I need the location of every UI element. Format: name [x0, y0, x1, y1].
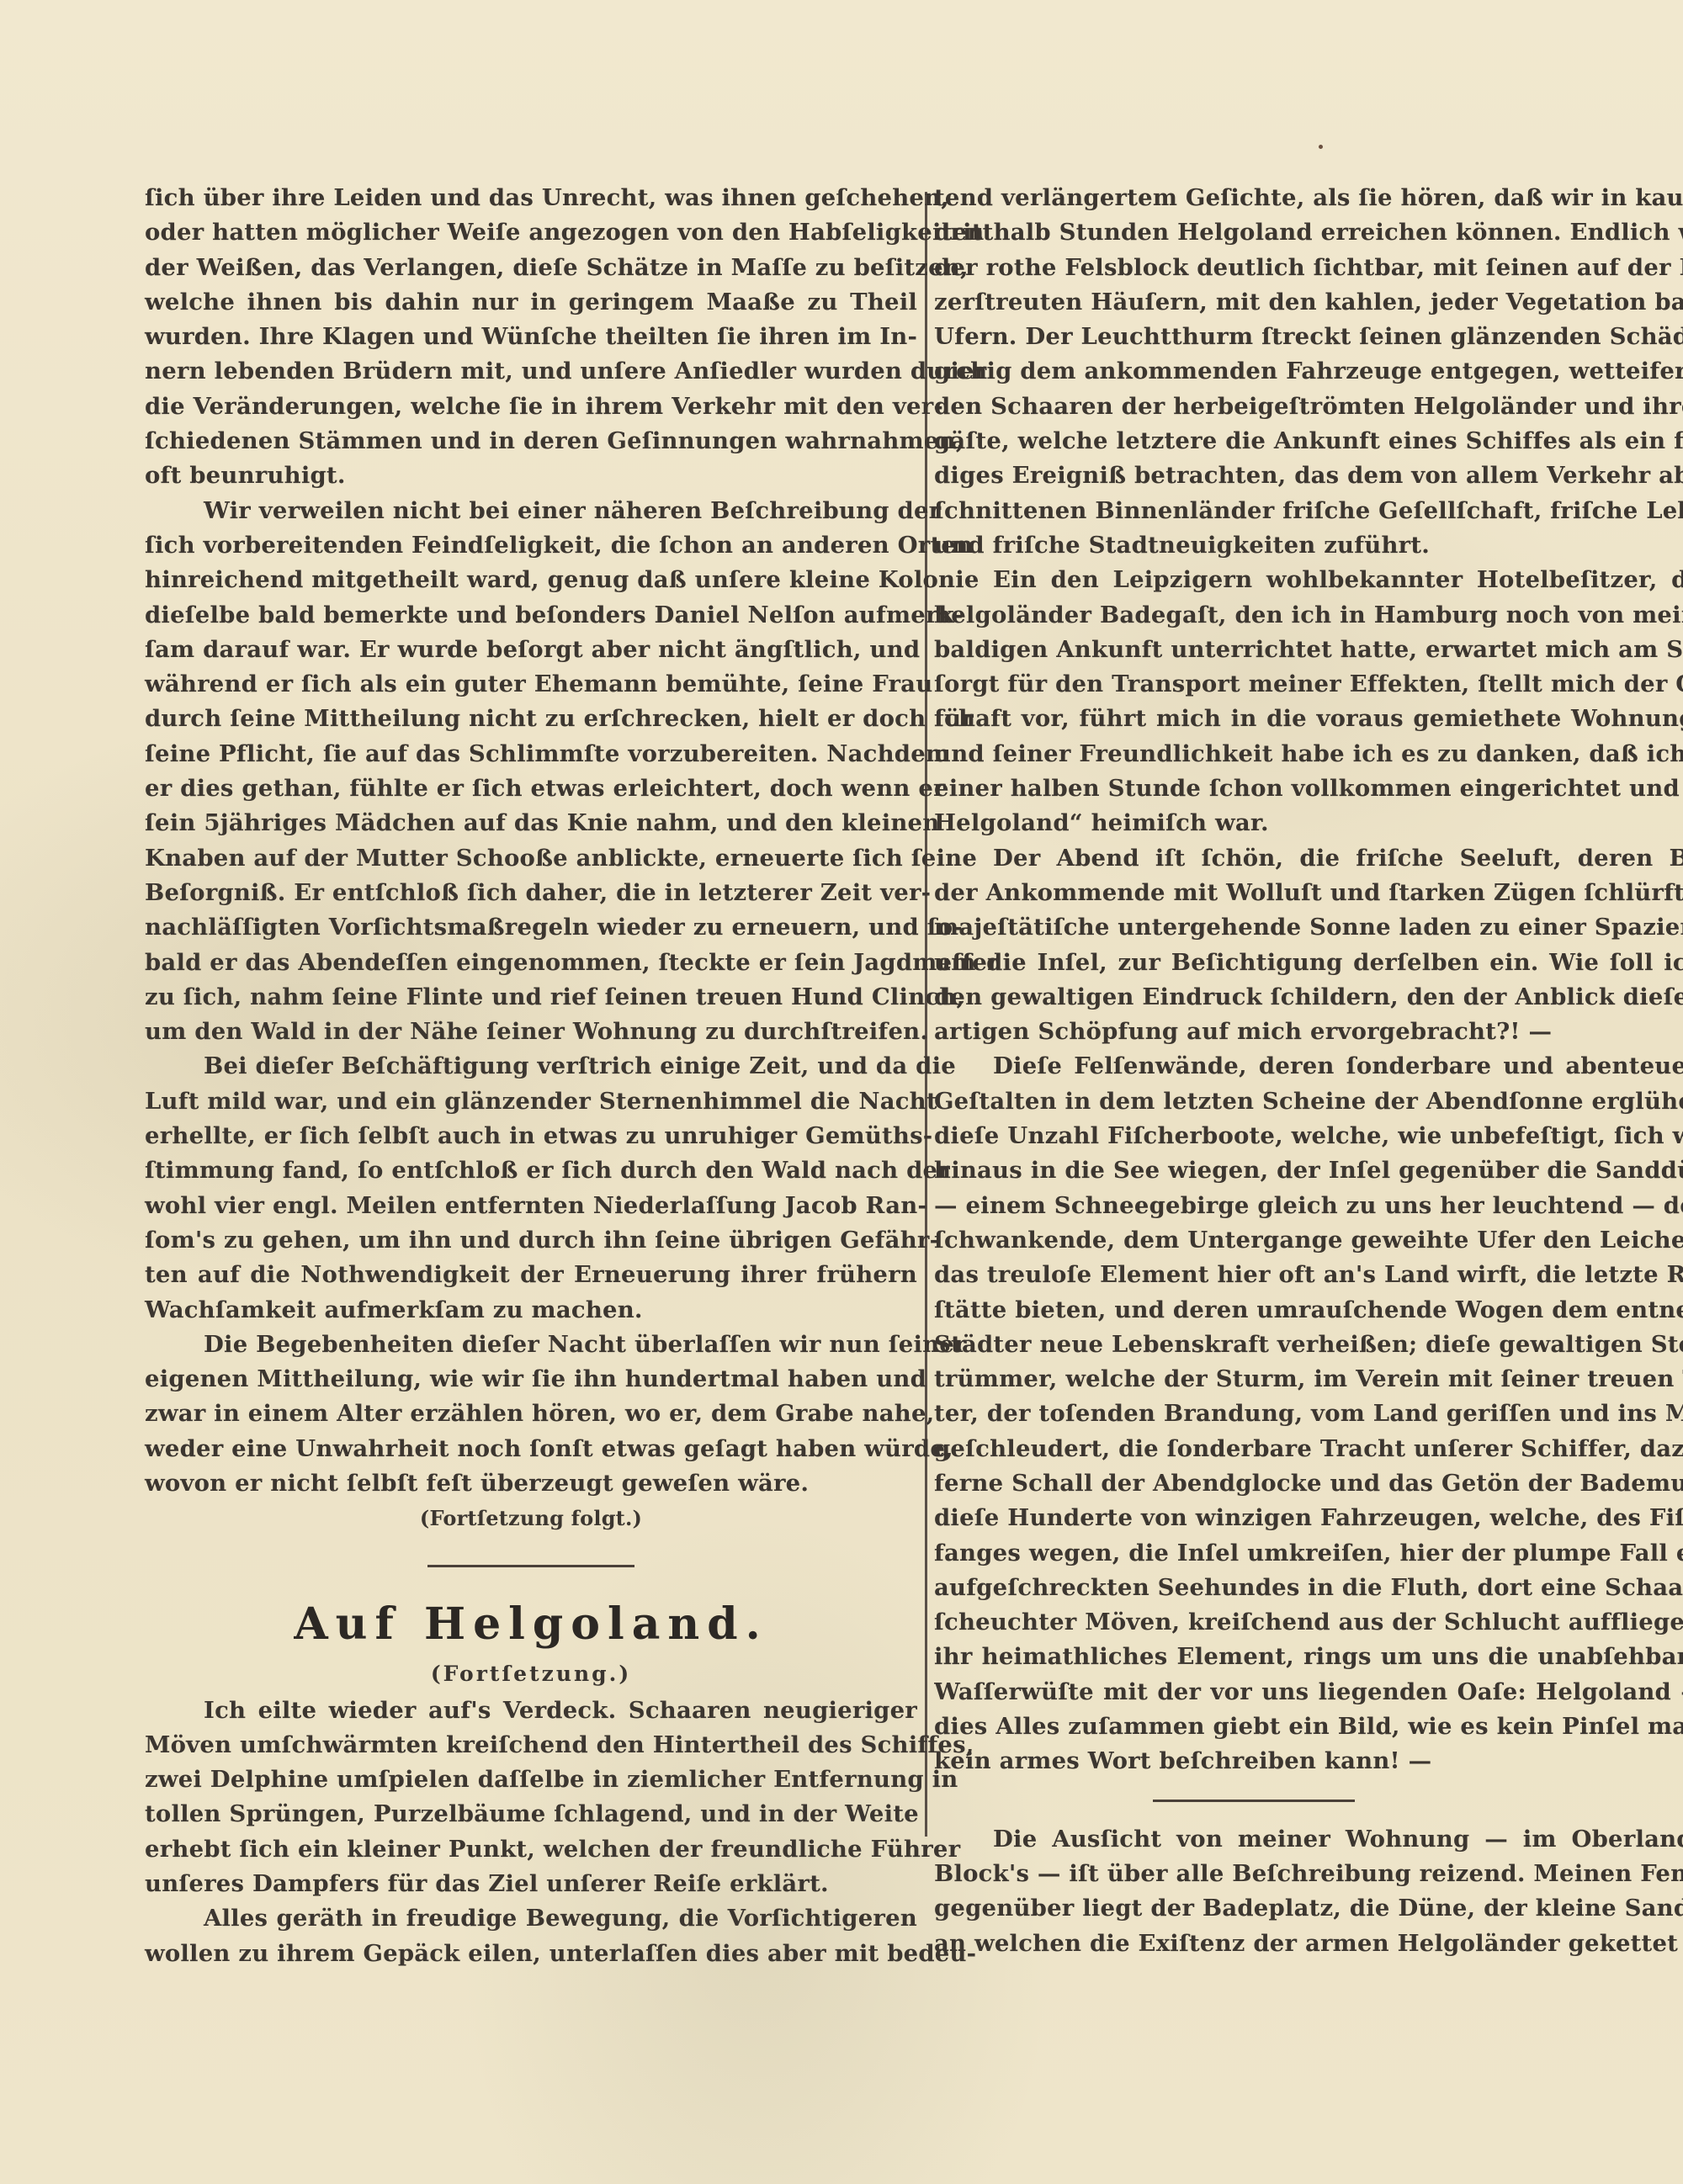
text-line: und ſeiner Freundlichkeit habe ich es zu…: [934, 737, 1683, 771]
text-line: wovon er nicht ſelbſt feſt überzeugt gew…: [145, 1466, 917, 1501]
text-line: tollen Sprüngen, Purzelbäume ſchlagend, …: [145, 1797, 917, 1831]
text-line: tend verlängertem Geſichte, als ſie höre…: [934, 181, 1683, 215]
text-line: zerſtreuten Häuſern, mit den kahlen, jed…: [934, 285, 1683, 320]
text-line: er dies gethan, fühlte er ſich etwas erl…: [145, 771, 917, 806]
text-line: dies Alles zuſammen giebt ein Bild, wie …: [934, 1710, 1683, 1744]
ink-speck: [1319, 145, 1323, 149]
text-line: trümmer, welche der Sturm, im Verein mit…: [934, 1362, 1683, 1397]
text-line: den gewaltigen Eindruck ſchildern, den d…: [934, 980, 1683, 1015]
text-line: hinreichend mitgetheilt ward, genug daß …: [145, 563, 917, 597]
text-line: nachläſſigten Vorſichtsmaßregeln wieder …: [145, 910, 917, 945]
newspaper-page: ſich über ihre Leiden und das Unrecht, w…: [0, 0, 1683, 2184]
text-line: wurden. Ihre Klagen und Wünſche theilten…: [145, 320, 917, 354]
text-line: ihr heimathliches Element, rings um uns …: [934, 1640, 1683, 1674]
text-line: durch ſeine Mittheilung nicht zu erſchre…: [145, 702, 917, 736]
text-line: während er ſich als ein guter Ehemann be…: [145, 667, 917, 702]
left-column-text: ſich über ihre Leiden und das Unrecht, w…: [145, 181, 917, 1501]
text-line: Geſtalten in dem letzten Scheine der Abe…: [934, 1084, 1683, 1119]
text-line: Die Ausſicht von meiner Wohnung — im Obe…: [934, 1822, 1683, 1857]
text-line: Waſſerwüſte mit der vor uns liegenden Oa…: [934, 1675, 1683, 1710]
text-line: eigenen Mittheilung, wie wir ſie ihn hun…: [145, 1362, 917, 1397]
text-line: oder hatten möglicher Weiſe angezogen vo…: [145, 215, 917, 250]
text-line: kein armes Wort beſchreiben kann! —: [934, 1744, 1683, 1778]
article-title: Auf Helgoland.: [145, 1594, 917, 1655]
text-line: der Weißen, das Verlangen, dieſe Schätze…: [145, 251, 917, 285]
text-line: Möven umſchwärmten kreiſchend den Hinter…: [145, 1728, 917, 1763]
text-line: der Ankommende mit Wolluſt und ſtarken Z…: [934, 876, 1683, 910]
right-column-text-continued: Die Ausſicht von meiner Wohnung — im Obe…: [934, 1822, 1683, 1961]
text-line: gäſte, welche letztere die Ankunft eines…: [934, 424, 1683, 459]
text-line: fanges wegen, die Inſel umkreiſen, hier …: [934, 1536, 1683, 1571]
text-line: Dieſe Felſenwände, deren ſonderbare und …: [934, 1049, 1683, 1084]
text-line: dieſelbe bald bemerkte und beſonders Dan…: [145, 598, 917, 633]
text-line: ſom's zu gehen, um ihn und durch ihn ſei…: [145, 1223, 917, 1258]
text-line: zwei Delphine umſpielen daſſelbe in ziem…: [145, 1763, 917, 1797]
right-column: tend verlängertem Geſichte, als ſie höre…: [934, 181, 1683, 1961]
text-line: Knaben auf der Mutter Schooße anblickte,…: [145, 841, 917, 876]
text-line: Beſorgniß. Er entſchloß ſich daher, die …: [145, 876, 917, 910]
text-line: um die Inſel, zur Beſichtigung derſelben…: [934, 946, 1683, 980]
text-line: diges Ereigniß betrachten, das dem von a…: [934, 459, 1683, 493]
text-line: erhebt ſich ein kleiner Punkt, welchen d…: [145, 1832, 917, 1867]
text-line: das treuloſe Element hier oft an's Land …: [934, 1258, 1683, 1292]
text-line: den Schaaren der herbeigeſtrömten Helgol…: [934, 390, 1683, 424]
text-line: unſeres Dampfers für das Ziel unſerer Re…: [145, 1867, 917, 1901]
text-line: artigen Schöpfung auf mich ervorgebracht…: [934, 1015, 1683, 1049]
text-line: hinaus in die See wiegen, der Inſel gege…: [934, 1153, 1683, 1188]
text-line: ter, der toſenden Brandung, vom Land ger…: [934, 1397, 1683, 1431]
text-line: ſeine Pflicht, ſie auf das Schlimmſte vo…: [145, 737, 917, 771]
text-line: Der Abend iſt ſchön, die friſche Seeluft…: [934, 841, 1683, 876]
text-line: aufgeſchreckten Seehundes in die Fluth, …: [934, 1571, 1683, 1605]
text-line: Bei dieſer Beſchäftigung verſtrich einig…: [145, 1049, 917, 1084]
text-line: ſcheuchter Möven, kreiſchend aus der Sch…: [934, 1605, 1683, 1640]
text-line: ſchaft vor, führt mich in die voraus gem…: [934, 702, 1683, 736]
text-line: weder eine Unwahrheit noch ſonſt etwas g…: [145, 1432, 917, 1466]
text-line: — einem Schneegebirge gleich zu uns her …: [934, 1189, 1683, 1223]
text-line: oft beunruhigt.: [145, 459, 917, 493]
text-line: Helgoland“ heimiſch war.: [934, 806, 1683, 840]
text-line: Alles geräth in freudige Bewegung, die V…: [145, 1901, 917, 1936]
text-line: ſchnittenen Binnenländer friſche Geſellſ…: [934, 494, 1683, 528]
text-line: nern lebenden Brüdern mit, und unſere An…: [145, 354, 917, 389]
text-line: ſam darauf war. Er wurde beſorgt aber ni…: [145, 633, 917, 667]
text-line: ſchiedenen Stämmen und in deren Geſinnun…: [145, 424, 917, 459]
text-line: zu ſich, nahm ſeine Flinte und rief ſein…: [145, 980, 917, 1015]
text-line: der rothe Felsblock deutlich ſichtbar, m…: [934, 251, 1683, 285]
article-text: Ich eilte wieder auf's Verdeck. Schaaren…: [145, 1694, 917, 1971]
text-line: dritthalb Stunden Helgoland erreichen kö…: [934, 215, 1683, 250]
text-line: Block's — iſt über alle Beſchreibung rei…: [934, 1857, 1683, 1891]
text-line: und friſche Stadtneuigkeiten zuführt.: [934, 528, 1683, 563]
text-line: majeſtätiſche untergehende Sonne laden z…: [934, 910, 1683, 945]
left-column: ſich über ihre Leiden und das Unrecht, w…: [145, 181, 917, 1971]
text-line: gierig dem ankommenden Fahrzeuge entgege…: [934, 354, 1683, 389]
text-line: baldigen Ankunft unterrichtet hatte, erw…: [934, 633, 1683, 667]
text-line: Ein den Leipzigern wohlbekannter Hotelbe…: [934, 563, 1683, 597]
text-line: dieſe Unzahl Fiſcherboote, welche, wie u…: [934, 1119, 1683, 1153]
text-line: ſtätte bieten, und deren umrauſchende Wo…: [934, 1293, 1683, 1328]
text-line: geſchleudert, die ſonderbare Tracht unſe…: [934, 1432, 1683, 1466]
text-line: gegenüber liegt der Badeplatz, die Düne,…: [934, 1891, 1683, 1926]
text-line: ſein 5jähriges Mädchen auf das Knie nahm…: [145, 806, 917, 840]
text-line: einer halben Stunde ſchon vollkommen ein…: [934, 771, 1683, 806]
text-line: ſchwankende, dem Untergange geweihte Ufe…: [934, 1223, 1683, 1258]
text-line: die Veränderungen, welche ſie in ihrem V…: [145, 390, 917, 424]
text-line: ten auf die Nothwendigkeit der Erneuerun…: [145, 1258, 917, 1292]
text-line: an welchen die Exiſtenz der armen Helgol…: [934, 1927, 1683, 1961]
text-line: Die Begebenheiten dieſer Nacht überlaſſe…: [145, 1328, 917, 1362]
continuation-note: (Fortſetzung folgt.): [145, 1501, 917, 1535]
text-line: ſich über ihre Leiden und das Unrecht, w…: [145, 181, 917, 215]
text-line: helgoländer Badegaſt, den ich in Hamburg…: [934, 598, 1683, 633]
text-line: Ich eilte wieder auf's Verdeck. Schaaren…: [145, 1694, 917, 1728]
text-line: erhellte, er ſich ſelbſt auch in etwas z…: [145, 1119, 917, 1153]
text-line: Städter neue Lebenskraft verheißen; dieſ…: [934, 1328, 1683, 1362]
section-rule: [427, 1565, 634, 1567]
text-line: Wachſamkeit aufmerkſam zu machen.: [145, 1293, 917, 1328]
text-line: Ufern. Der Leuchtthurm ſtreckt ſeinen gl…: [934, 320, 1683, 354]
text-line: bald er das Abendeſſen eingenommen, ſtec…: [145, 946, 917, 980]
text-line: wollen zu ihrem Gepäck eilen, unterlaſſe…: [145, 1937, 917, 1971]
text-line: zwar in einem Alter erzählen hören, wo e…: [145, 1397, 917, 1431]
article-subtitle: (Fortſetzung.): [145, 1655, 917, 1694]
section-rule-right: [1153, 1800, 1355, 1802]
text-line: ſtimmung fand, ſo entſchloß er ſich durc…: [145, 1153, 917, 1188]
text-line: wohl vier engl. Meilen entfernten Nieder…: [145, 1189, 917, 1223]
right-column-text: tend verlängertem Geſichte, als ſie höre…: [934, 181, 1683, 1779]
text-line: Wir verweilen nicht bei einer näheren Be…: [145, 494, 917, 528]
text-line: Luft mild war, und ein glänzender Sterne…: [145, 1084, 917, 1119]
text-line: dieſe Hunderte von winzigen Fahrzeugen, …: [934, 1501, 1683, 1535]
text-line: ferne Schall der Abendglocke und das Get…: [934, 1466, 1683, 1501]
text-line: ſorgt für den Transport meiner Effekten,…: [934, 667, 1683, 702]
text-line: ſich vorbereitenden Feindſeligkeit, die …: [145, 528, 917, 563]
text-line: um den Wald in der Nähe ſeiner Wohnung z…: [145, 1015, 917, 1049]
text-line: welche ihnen bis dahin nur in geringem M…: [145, 285, 917, 320]
